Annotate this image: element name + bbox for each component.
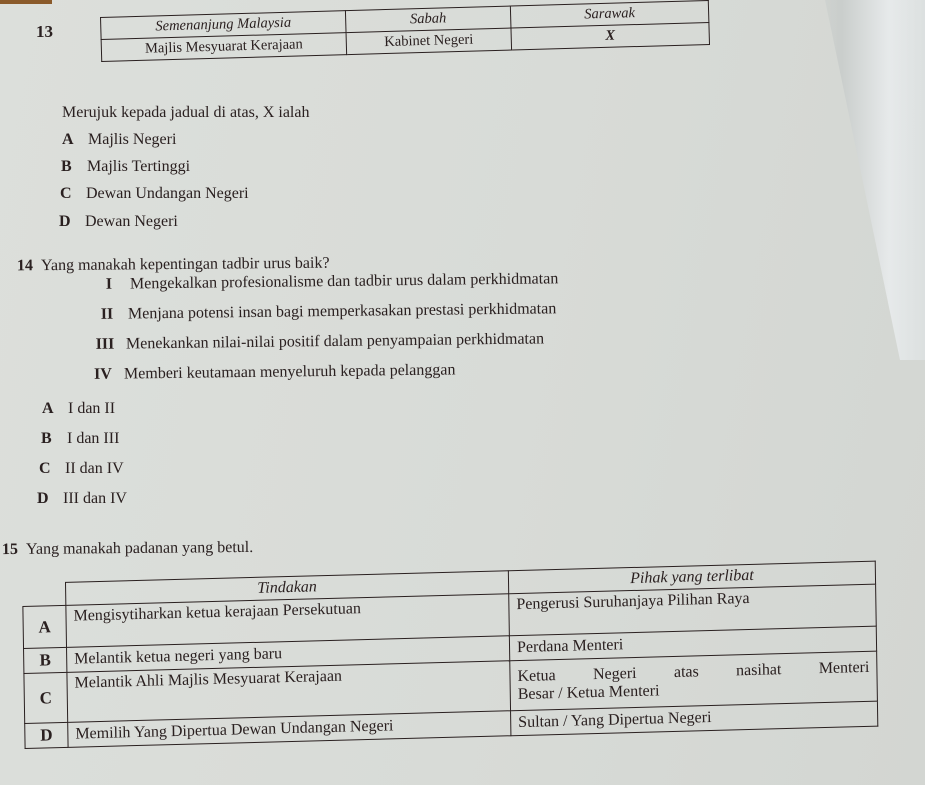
option-text: III dan IV <box>63 490 127 507</box>
q13-option-d[interactable]: DDewan Negeri <box>59 213 178 231</box>
background-edge <box>0 0 52 4</box>
option-text: II dan IV <box>65 460 124 477</box>
option-text: Dewan Undangan Negeri <box>86 185 249 202</box>
question-15: 15Yang manakah padanan yang betul. <box>2 539 253 559</box>
q13-option-a[interactable]: AMajlis Negeri <box>62 131 176 149</box>
option-letter: C <box>39 460 65 478</box>
row-letter: D <box>25 722 68 748</box>
option-text: I dan III <box>67 430 119 447</box>
option-letter: D <box>37 490 63 508</box>
q13-cell-sabah: Kabinet Negeri <box>346 28 512 55</box>
option-letter: B <box>61 158 87 176</box>
exam-paper: 13 Semenanjung Malaysia Sabah Sarawak Ma… <box>0 0 925 785</box>
q14-statement-iv: IVMemberi keutamaan menyeluruh kepada pe… <box>82 361 456 384</box>
option-letter: B <box>41 430 67 448</box>
option-letter: D <box>59 213 85 231</box>
q14-option-b[interactable]: BI dan III <box>41 430 119 448</box>
option-text: Majlis Tertinggi <box>87 158 190 175</box>
q14-statement-iii: IIIMenekankan nilai-nilai positif dalam … <box>84 330 544 354</box>
q13-option-c[interactable]: CDewan Undangan Negeri <box>60 185 249 203</box>
question-15-number: 15 <box>2 541 18 558</box>
question-14: 14Yang manakah kepentingan tadbir urus b… <box>17 255 330 276</box>
row-letter: B <box>24 647 67 673</box>
option-letter: A <box>42 400 68 418</box>
row-letter: A <box>23 605 67 648</box>
option-text: I dan II <box>68 400 115 417</box>
question-14-text: Yang manakah kepentingan tadbir urus bai… <box>41 255 330 275</box>
page-curl <box>805 0 925 360</box>
row-letter: C <box>24 672 68 723</box>
option-text: Majlis Negeri <box>88 131 176 148</box>
q14-statement-ii: IIMenjana potensi insan bagi memperkasak… <box>86 300 556 324</box>
option-text: Dewan Negeri <box>85 213 178 230</box>
q14-option-c[interactable]: CII dan IV <box>39 460 124 478</box>
question-13-text: Merujuk kepada jadual di atas, X ialah <box>62 104 309 122</box>
question-15-text: Yang manakah padanan yang betul. <box>26 539 253 558</box>
option-letter: A <box>62 131 88 149</box>
q14-option-d[interactable]: DIII dan IV <box>37 490 127 508</box>
q13-cell-sarawak: X <box>511 23 710 51</box>
q13-option-b[interactable]: BMajlis Tertinggi <box>61 158 190 176</box>
q14-option-a[interactable]: AI dan II <box>42 400 115 418</box>
option-letter: C <box>60 185 86 203</box>
question-13-number: 13 <box>36 22 53 42</box>
question-15-table: Tindakan Pihak yang terlibat A Mengisyti… <box>22 561 878 749</box>
question-13-table: Semenanjung Malaysia Sabah Sarawak Majli… <box>100 0 710 62</box>
question-14-number: 14 <box>17 257 33 274</box>
